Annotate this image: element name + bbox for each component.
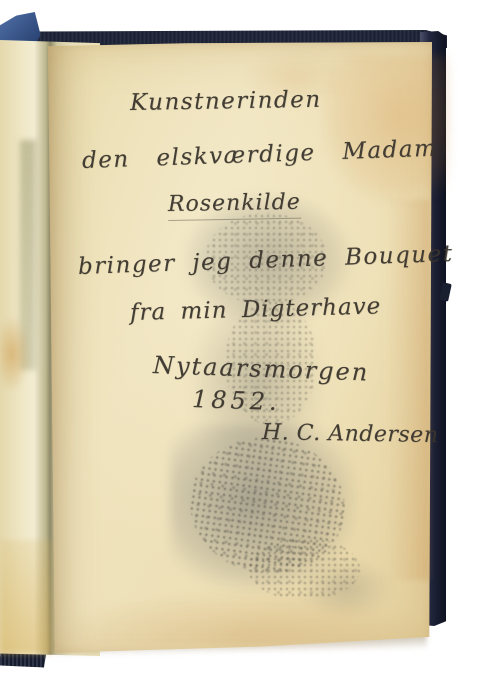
gutter-bottom-stain xyxy=(0,540,52,654)
underlined-name: Rosenkilde xyxy=(168,192,301,221)
inscription-line-rosenkilde: Rosenkilde xyxy=(168,192,301,221)
book-photo: Kunstnerinden den elskværdige Madam Rose… xyxy=(0,0,479,700)
inscription-line-year: 1852. xyxy=(192,387,282,414)
signature-hc-andersen: H. C. Andersen xyxy=(262,422,439,447)
inscription-line-nytaarsmorgen: Nytaarsmorgen xyxy=(153,353,370,385)
stain-speckles-bottom xyxy=(248,538,360,600)
gutter-stain xyxy=(0,315,30,393)
inscription-line-kunstnerinden: Kunstnerinden xyxy=(130,89,322,115)
